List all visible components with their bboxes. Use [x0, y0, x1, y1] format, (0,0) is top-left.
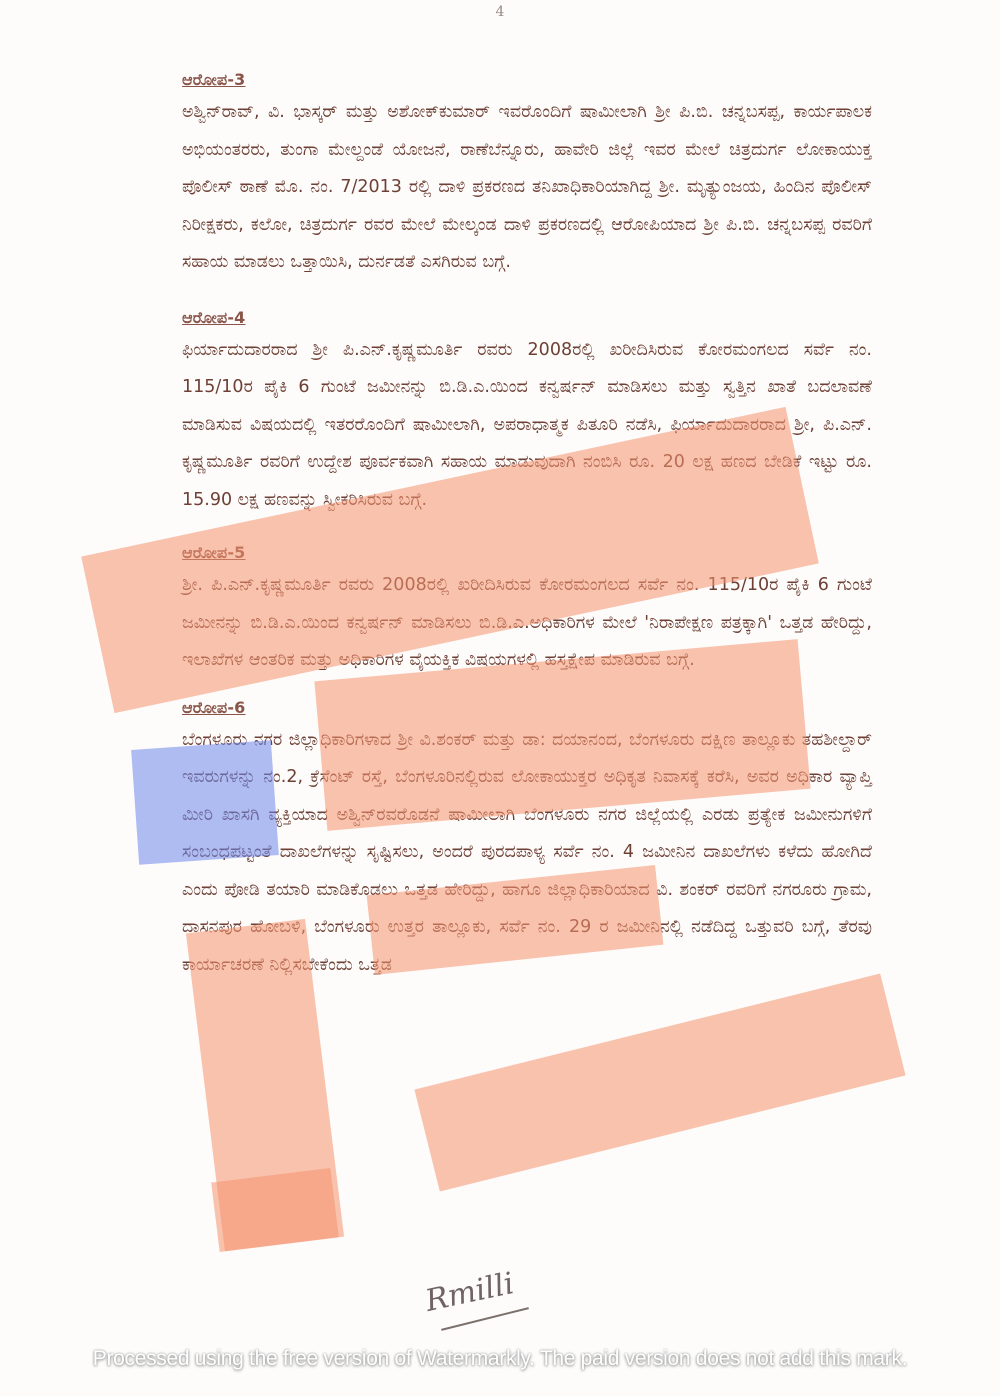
- page-number: 4: [0, 4, 1000, 20]
- allegation-6-section: ಆರೋಪ-6 ಬೆಂಗಳೂರು ನಗರ ಜಿಲ್ಲಾಧಿಕಾರಿಗಳಾದ ಶ್ರ…: [182, 690, 872, 985]
- watermark-text: Processed using the free version of Wate…: [0, 1347, 1000, 1371]
- allegation-4-section: ಆರೋಪ-4 ಫಿರ್ಯಾದುದಾರರಾದ ಶ್ರೀ ಪಿ.ಎನ್.ಕೃಷ್ಣಮ…: [182, 300, 872, 520]
- allegation-6-heading: ಆರೋಪ-6: [182, 698, 246, 718]
- allegation-4-heading: ಆರೋಪ-4: [182, 308, 246, 328]
- signature: Rmilli: [422, 1266, 517, 1319]
- document-body: ಆರೋಪ-3 ಅಶ್ವಿನ್‌ರಾವ್, ವಿ. ಭಾಸ್ಕರ್ ಮತ್ತು ಅ…: [182, 62, 872, 984]
- highlight-overlay: [414, 973, 905, 1191]
- allegation-4-text: ಫಿರ್ಯಾದುದಾರರಾದ ಶ್ರೀ ಪಿ.ಎನ್.ಕೃಷ್ಣಮೂರ್ತಿ ರ…: [182, 332, 872, 520]
- allegation-5-section: ಆರೋಪ-5 ಶ್ರೀ. ಪಿ.ಎನ್.ಕೃಷ್ಣಮೂರ್ತಿ ರವರು 200…: [182, 535, 872, 680]
- allegation-3-section: ಆರೋಪ-3 ಅಶ್ವಿನ್‌ರಾವ್, ವಿ. ಭಾಸ್ಕರ್ ಮತ್ತು ಅ…: [182, 62, 872, 282]
- allegation-5-text: ಶ್ರೀ. ಪಿ.ಎನ್.ಕೃಷ್ಣಮೂರ್ತಿ ರವರು 2008ರಲ್ಲಿ …: [182, 567, 872, 680]
- highlight-overlay: [211, 1168, 339, 1252]
- allegation-3-text: ಅಶ್ವಿನ್‌ರಾವ್, ವಿ. ಭಾಸ್ಕರ್ ಮತ್ತು ಅಶೋಕ್‌ಕು…: [182, 94, 872, 282]
- allegation-6-text: ಬೆಂಗಳೂರು ನಗರ ಜಿಲ್ಲಾಧಿಕಾರಿಗಳಾದ ಶ್ರೀ ವಿ.ಶಂ…: [182, 722, 872, 985]
- allegation-5-heading: ಆರೋಪ-5: [182, 543, 246, 563]
- allegation-3-heading: ಆರೋಪ-3: [182, 70, 246, 90]
